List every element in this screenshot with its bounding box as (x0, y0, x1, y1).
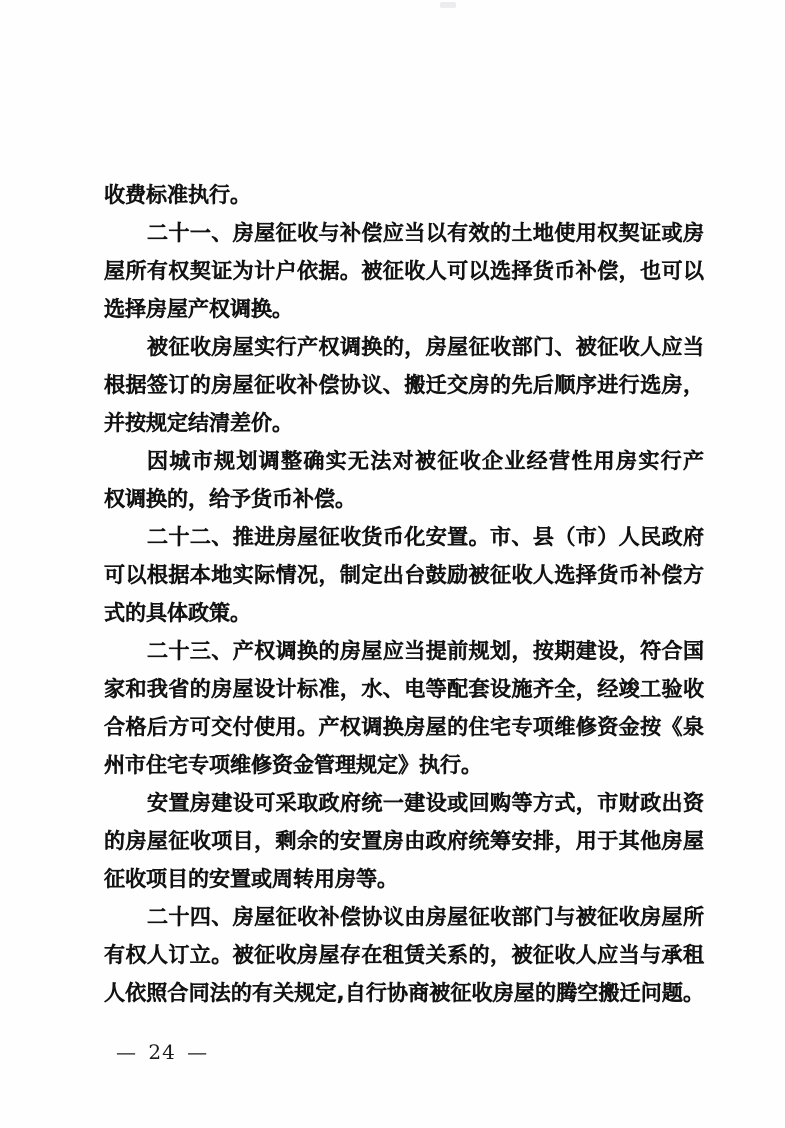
text-line: 屋所有权契证为计户依据。被征收人可以选择货币补偿，也可以 (104, 252, 704, 290)
text-line: 合格后方可交付使用。产权调换房屋的住宅专项维修资金按《泉 (104, 708, 704, 746)
text-line: 有权人订立。被征收房屋存在租赁关系的，被征收人应当与承租 (104, 936, 704, 974)
text-line: 收费标准执行。 (104, 176, 704, 214)
text-line: 并按规定结清差价。 (104, 404, 704, 442)
scan-artifact-smudge (440, 2, 456, 8)
text-line: 被征收房屋实行产权调换的，房屋征收部门、被征收人应当 (104, 328, 704, 366)
text-line: 家和我省的房屋设计标准，水、电等配套设施齐全，经竣工验收 (104, 670, 704, 708)
body-text: 收费标准执行。二十一、房屋征收与补偿应当以有效的土地使用权契证或房屋所有权契证为… (104, 176, 704, 1012)
text-line: 二十一、房屋征收与补偿应当以有效的土地使用权契证或房 (104, 214, 704, 252)
text-line: 二十三、产权调换的房屋应当提前规划，按期建设，符合国 (104, 632, 704, 670)
text-line: 人依照合同法的有关规定,自行协商被征收房屋的腾空搬迁问题。 (104, 974, 704, 1012)
text-line: 征收项目的安置或周转用房等。 (104, 860, 704, 898)
text-line: 安置房建设可采取政府统一建设或回购等方式，市财政出资 (104, 784, 704, 822)
text-line: 可以根据本地实际情况，制定出台鼓励被征收人选择货币补偿方 (104, 556, 704, 594)
text-line: 根据签订的房屋征收补偿协议、搬迁交房的先后顺序进行选房， (104, 366, 704, 404)
text-line: 的房屋征收项目，剩余的安置房由政府统筹安排，用于其他房屋 (104, 822, 704, 860)
text-line: 二十四、房屋征收补偿协议由房屋征收部门与被征收房屋所 (104, 898, 704, 936)
text-line: 选择房屋产权调换。 (104, 290, 704, 328)
text-line: 权调换的，给予货币补偿。 (104, 480, 704, 518)
text-line: 因城市规划调整确实无法对被征收企业经营性用房实行产 (104, 442, 704, 480)
text-line: 二十二、推进房屋征收货币化安置。市、县（市）人民政府 (104, 518, 704, 556)
text-line: 州市住宅专项维修资金管理规定》执行。 (104, 746, 704, 784)
page-number: — 24 — (116, 1040, 208, 1064)
document-page: 收费标准执行。二十一、房屋征收与补偿应当以有效的土地使用权契证或房屋所有权契证为… (0, 0, 785, 1128)
text-line: 式的具体政策。 (104, 594, 704, 632)
